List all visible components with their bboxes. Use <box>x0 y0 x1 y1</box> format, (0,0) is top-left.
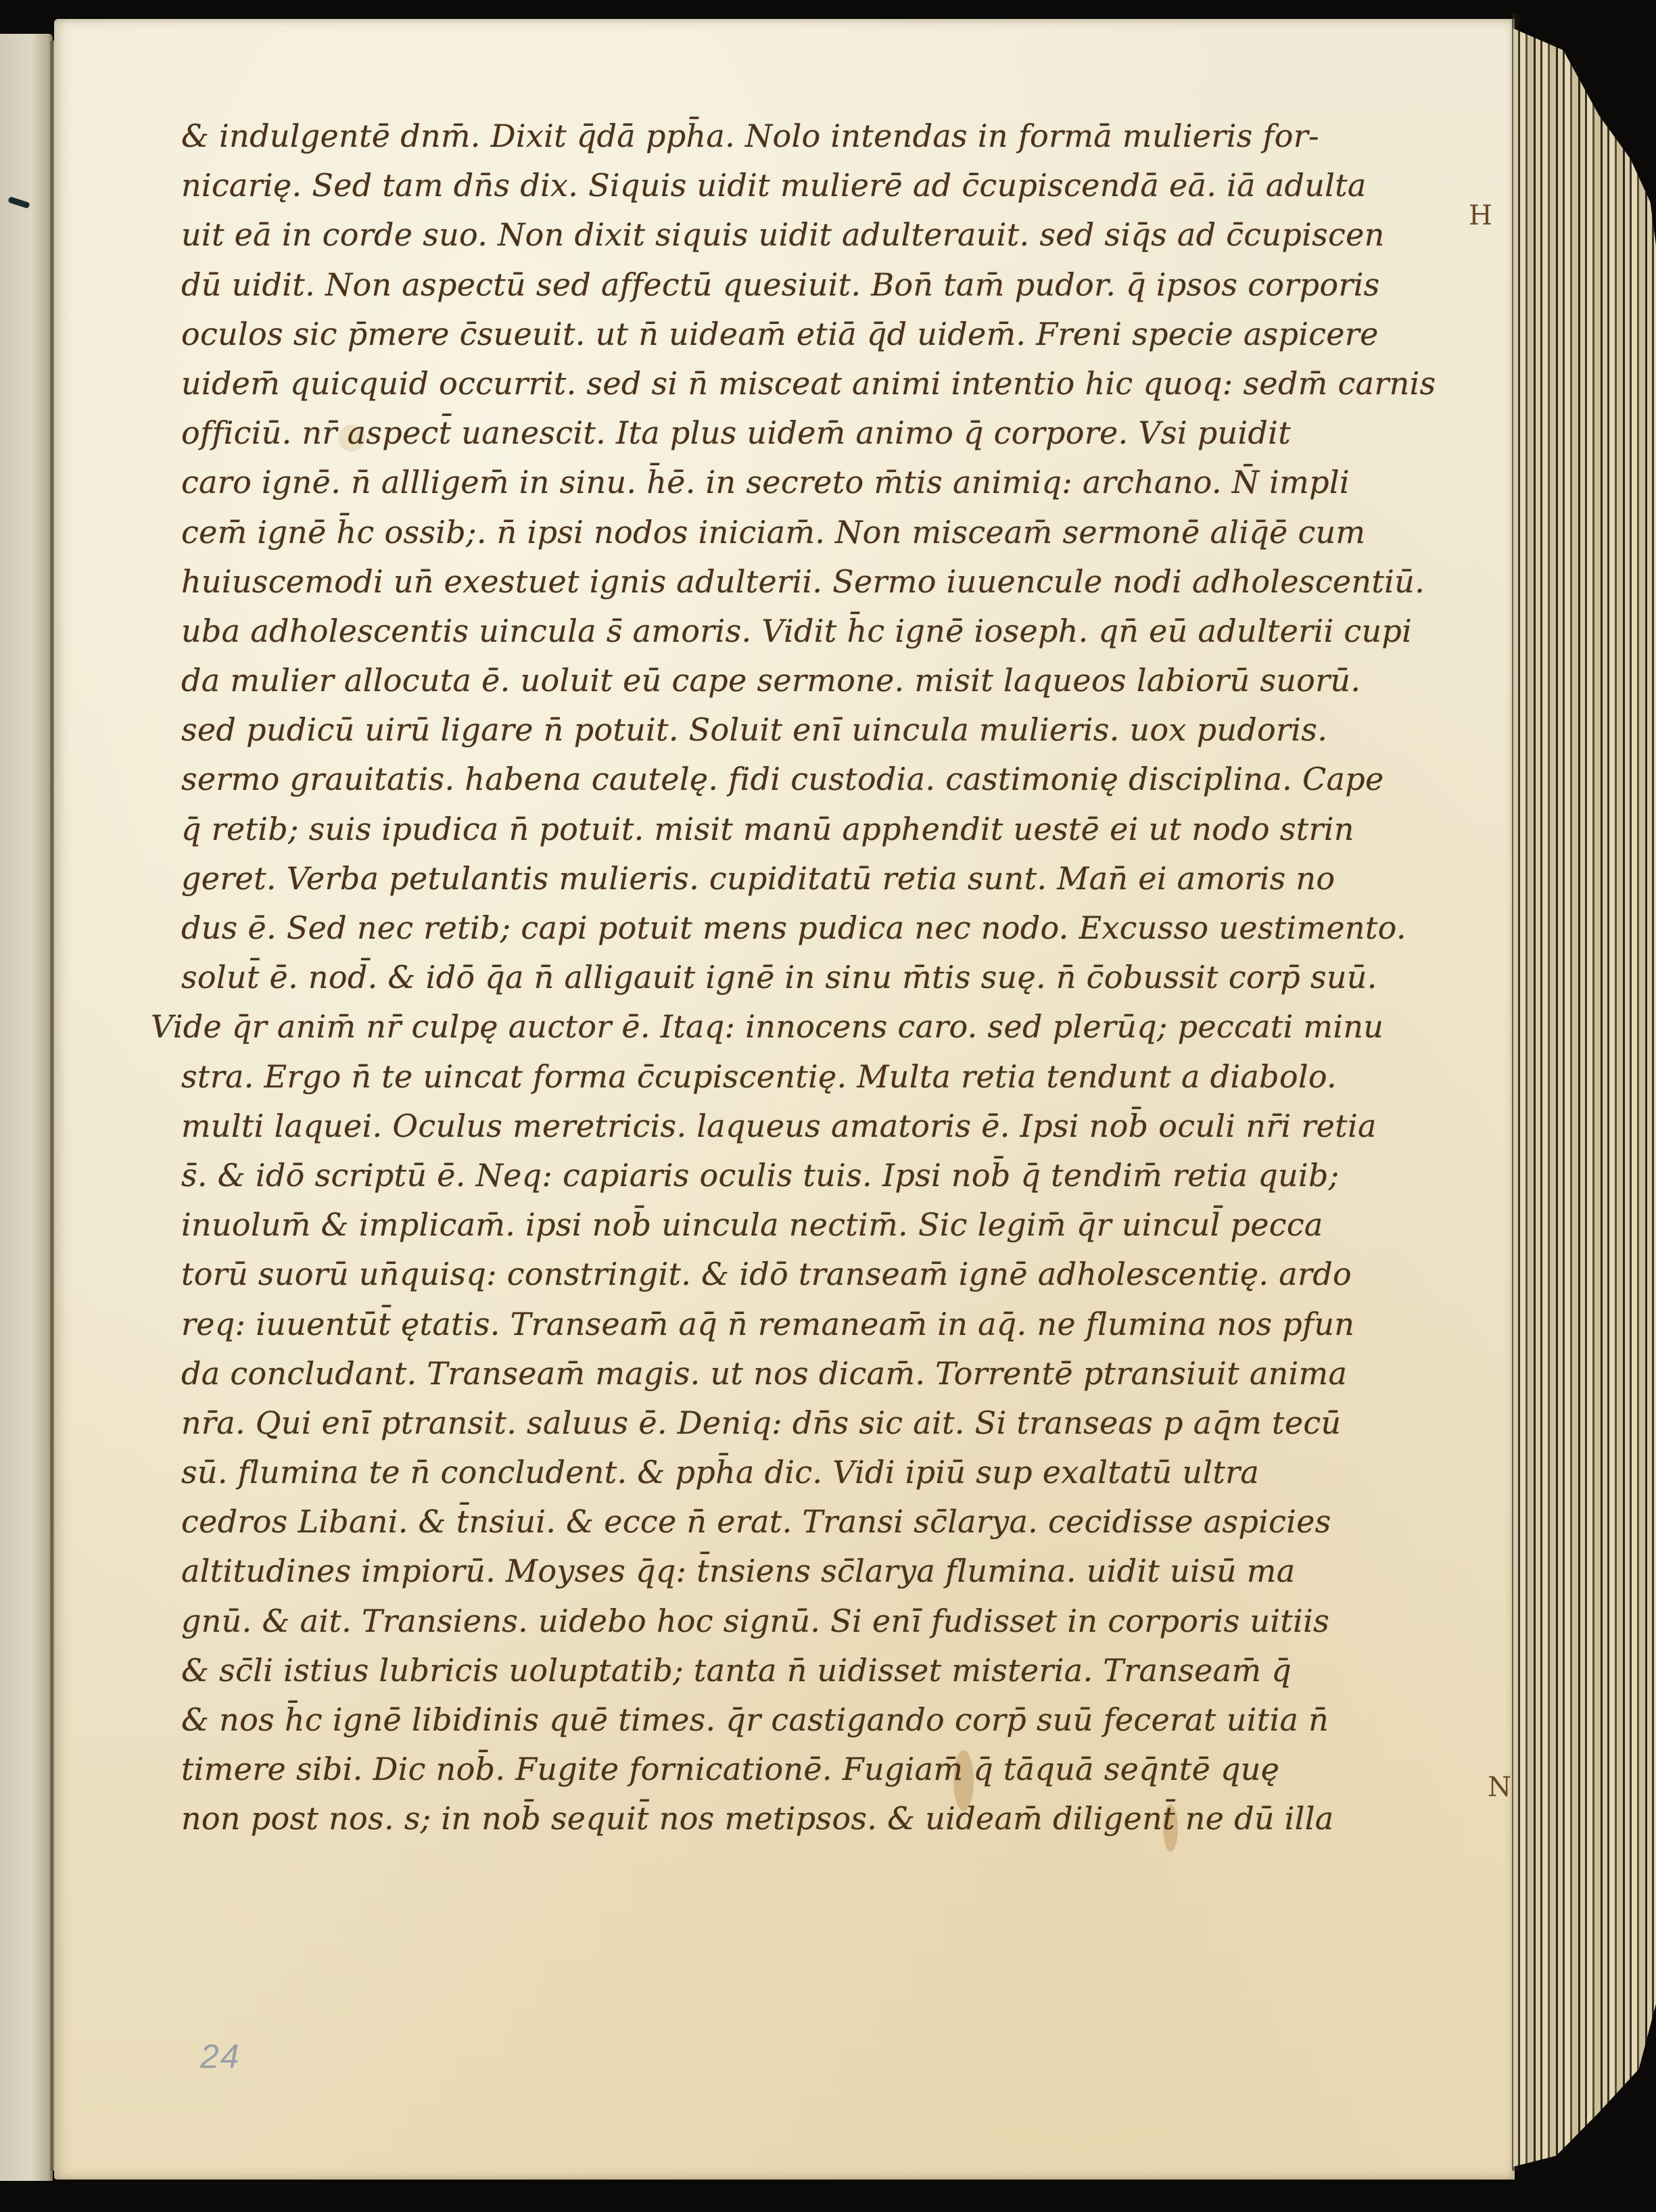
text-line-34: timere sibi. Dic nob̄. Fugite fornicatio… <box>181 1745 1385 1794</box>
text-line-28: sū. flumina te n̄ concludent. & pph̄a di… <box>181 1448 1385 1497</box>
text-line-15: q̄ retib; suis ipudica n̄ potuit. misit … <box>181 805 1385 854</box>
text-line-13: sed pudicū uirū ligare n̄ potuit. Soluit… <box>181 705 1385 755</box>
text-line-18: solut̄ ē. nod̄. & idō q̄a n̄ alligauit i… <box>181 953 1385 1002</box>
text-line-23: inuolum̄ & implicam̄. ipsi nob̄ uincula … <box>181 1200 1385 1250</box>
text-line-4: dū uidit. Non aspectū sed affectū quesiu… <box>181 260 1385 310</box>
text-line-1: & indulgentē dnm̄. Dixit q̄dā pph̄a. Nol… <box>181 112 1385 161</box>
manuscript-scan: & indulgentē dnm̄. Dixit q̄dā pph̄a. Nol… <box>0 0 1656 2212</box>
margin-mark-upper: H <box>1469 200 1492 231</box>
text-line-12: da mulier allocuta ē. uoluit eū cape ser… <box>181 656 1385 705</box>
text-line-8: caro ignē. n̄ allligem̄ in sinu. h̄ē. in… <box>181 458 1385 507</box>
text-line-33: & nos h̄c ignē libidinis quē times. q̄r … <box>181 1695 1385 1745</box>
text-line-21: multi laquei. Oculus meretricis. laqueus… <box>181 1102 1385 1151</box>
text-line-9: cem̄ ignē h̄c ossib;. n̄ ipsi nodos inic… <box>181 508 1385 557</box>
ink-mark-icon <box>7 196 30 208</box>
margin-mark-lower: N <box>1488 1772 1511 1803</box>
text-line-26: da concludant. Transeam̄ magis. ut nos d… <box>181 1349 1385 1398</box>
text-line-2: nicarię. Sed tam dn̄s dix. Siquis uidit … <box>181 161 1385 210</box>
folio-number: 24 <box>200 2037 241 2076</box>
text-line-27: nr̄a. Qui enī ptransit. saluus ē. Deniq:… <box>181 1398 1385 1448</box>
text-line-17: dus ē. Sed nec retib; capi potuit mens p… <box>181 903 1385 953</box>
text-line-10: huiuscemodi un̄ exestuet ignis adulterii… <box>181 557 1385 607</box>
text-line-14: sermo grauitatis. habena cautelę. fidi c… <box>181 755 1385 804</box>
text-line-25: req: iuuentūt̄ ętatis. Transeam̄ aq̄ n̄ … <box>181 1300 1385 1349</box>
text-line-11: uba adholescentis uincula s̄ amoris. Vid… <box>181 607 1385 656</box>
fore-edge-leaves <box>1513 7 1656 2178</box>
text-line-16: geret. Verba petulantis mulieris. cupidi… <box>181 854 1385 903</box>
text-line-19: Vide q̄r anim̄ nr̄ culpę auctor ē. Itaq:… <box>151 1002 1385 1052</box>
text-line-30: altitudines impiorū. Moyses q̄q: t̄nsien… <box>181 1547 1385 1596</box>
text-line-22: s̄. & idō scriptū ē. Neq: capiaris oculi… <box>181 1151 1385 1200</box>
left-page-edge <box>0 34 53 2181</box>
text-line-3: uit eā in corde suo. Non dixit siquis ui… <box>181 210 1385 260</box>
text-line-5: oculos sic p̄mere c̄sueuit. ut n̄ uideam… <box>181 310 1385 359</box>
text-line-24: torū suorū un̄quisq: constringit. & idō … <box>181 1250 1385 1299</box>
text-line-31: gnū. & ait. Transiens. uidebo hoc signū.… <box>181 1597 1385 1646</box>
text-line-7: officiū. nr̄ aspect̄ uanescit. Ita plus … <box>181 408 1385 458</box>
text-line-6: uidem̄ quicquid occurrit. sed si n̄ misc… <box>181 359 1385 408</box>
text-line-29: cedros Libani. & t̄nsiui. & ecce n̄ erat… <box>181 1497 1385 1547</box>
text-line-35: non post nos. s; in nob̄ sequit̄ nos met… <box>181 1794 1385 1843</box>
text-block: & indulgentē dnm̄. Dixit q̄dā pph̄a. Nol… <box>181 112 1385 1844</box>
text-line-32: & sc̄li istius lubricis uoluptatib; tant… <box>181 1646 1385 1695</box>
text-line-20: stra. Ergo n̄ te uincat forma c̄cupiscen… <box>181 1052 1385 1102</box>
